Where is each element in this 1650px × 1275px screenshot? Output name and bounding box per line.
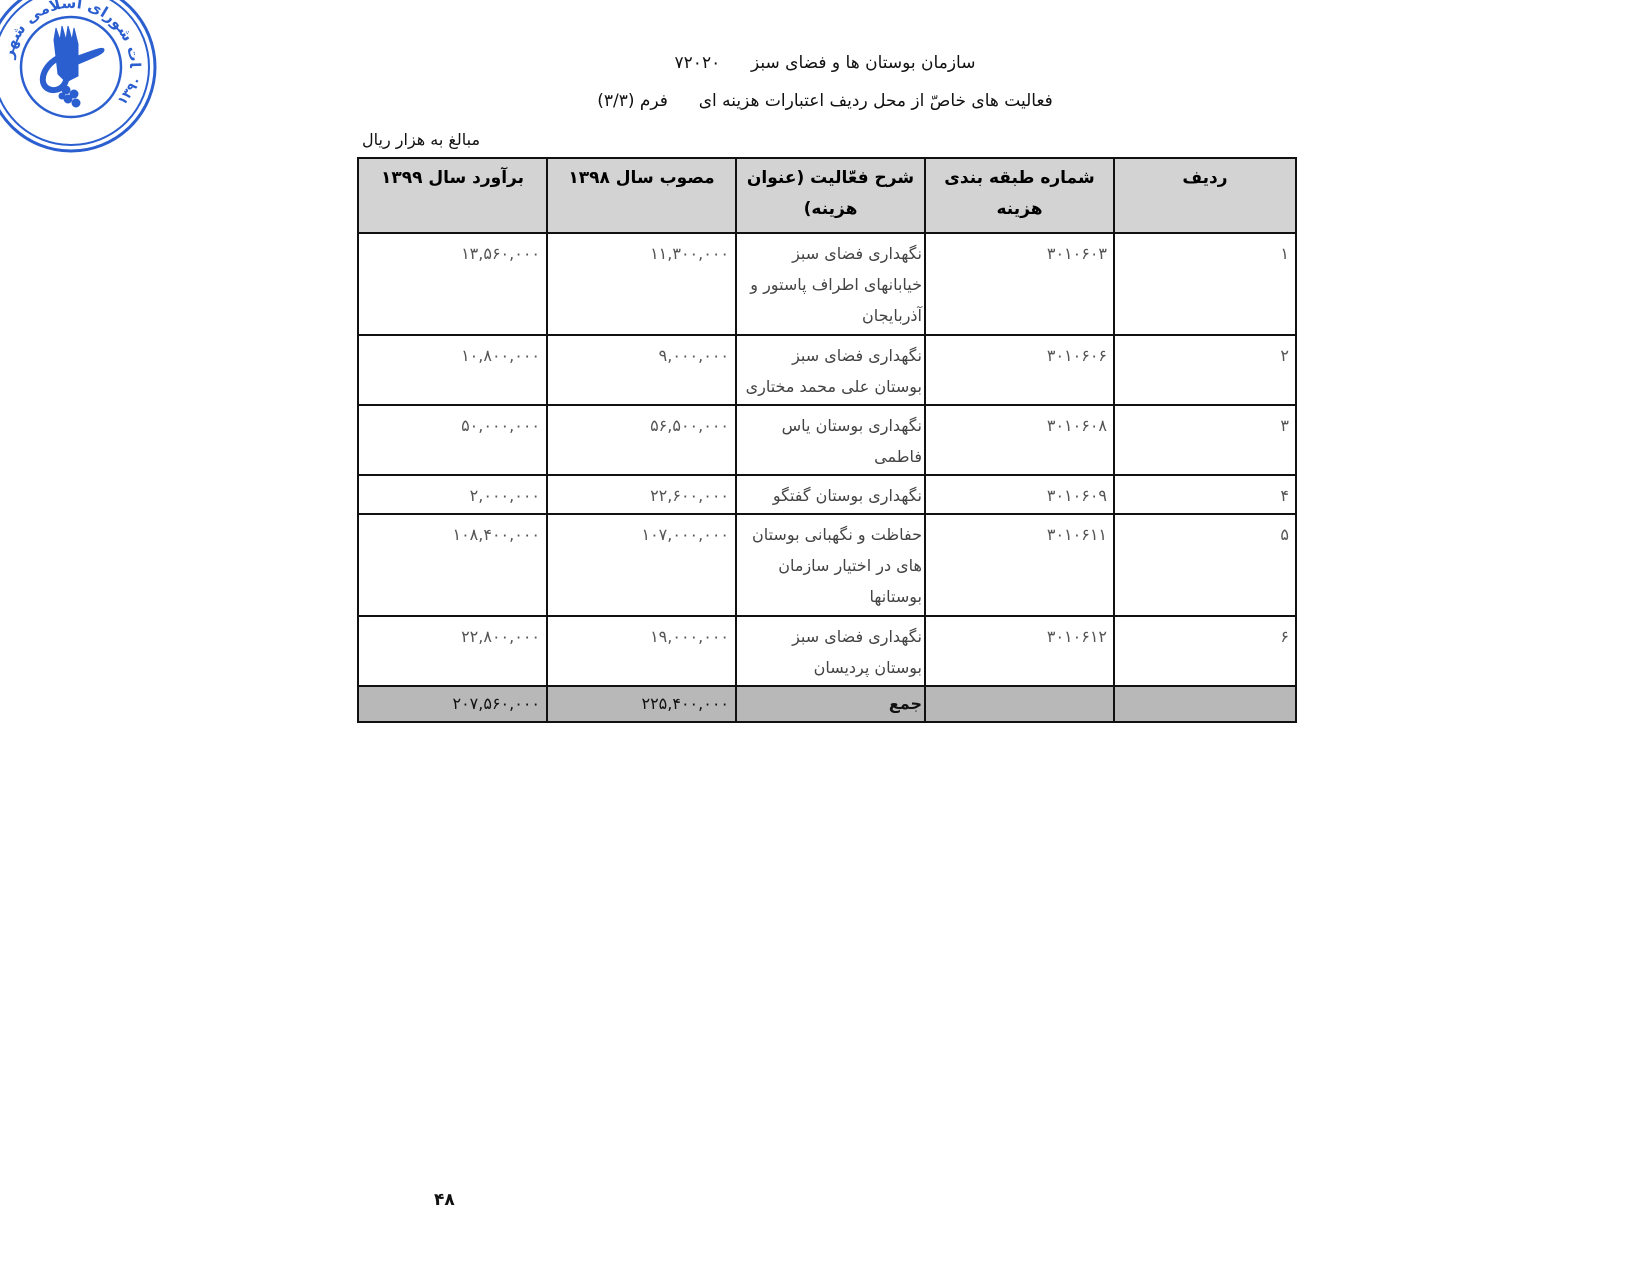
seal-emblem-icon: مصوبات شورای اسلامی شهر تهران ۱۳۹۰ — [0, 0, 160, 156]
col-header-estimate-1399: برآورد سال ۱۳۹۹ — [358, 158, 547, 233]
cell-estimate-1399: ۱۳,۵۶۰,۰۰۰ — [358, 233, 547, 335]
cell-approved-1398: ۱۱,۳۰۰,۰۰۰ — [547, 233, 736, 335]
col-header-row-no: ردیف — [1114, 158, 1296, 233]
cell-row-no: ۶ — [1114, 616, 1296, 686]
table-row: ۴ ۳۰۱۰۶۰۹ نگهداری بوستان گفتگو ۲۲,۶۰۰,۰۰… — [358, 475, 1296, 514]
table-row: ۳ ۳۰۱۰۶۰۸ نگهداری بوستان یاس فاطمی ۵۶,۵۰… — [358, 405, 1296, 475]
cell-description: نگهداری بوستان گفتگو — [736, 475, 925, 514]
document-subtitle: فعالیت های خاصّ از محل ردیف اعتبارات هزی… — [0, 91, 1650, 111]
cell-code: ۳۰۱۰۶۰۸ — [925, 405, 1114, 475]
cell-estimate-1399: ۱۰,۸۰۰,۰۰۰ — [358, 335, 547, 405]
total-approved-1398: ۲۲۵,۴۰۰,۰۰۰ — [547, 686, 736, 722]
cell-approved-1398: ۱۰۷,۰۰۰,۰۰۰ — [547, 514, 736, 616]
cell-estimate-1399: ۱۰۸,۴۰۰,۰۰۰ — [358, 514, 547, 616]
total-label: جمع — [736, 686, 925, 722]
cell-approved-1398: ۵۶,۵۰۰,۰۰۰ — [547, 405, 736, 475]
cell-estimate-1399: ۵۰,۰۰۰,۰۰۰ — [358, 405, 547, 475]
subtitle-text: فعالیت های خاصّ از محل ردیف اعتبارات هزی… — [699, 91, 1053, 111]
cell-row-no: ۳ — [1114, 405, 1296, 475]
cell-code: ۳۰۱۰۶۱۱ — [925, 514, 1114, 616]
units-note: مبالغ به هزار ریال — [362, 130, 480, 149]
col-header-approved-1398: مصوب سال ۱۳۹۸ — [547, 158, 736, 233]
org-code: ۷۲۰۲۰ — [675, 53, 721, 73]
col-header-code: شماره طبقه بندی هزینه — [925, 158, 1114, 233]
table-header-row: ردیف شماره طبقه بندی هزینه شرح فعّالیت (… — [358, 158, 1296, 233]
cell-approved-1398: ۲۲,۶۰۰,۰۰۰ — [547, 475, 736, 514]
col-header-description: شرح فعّالیت (عنوان هزینه) — [736, 158, 925, 233]
table-row: ۵ ۳۰۱۰۶۱۱ حفاظت و نگهبانی بوستان های در … — [358, 514, 1296, 616]
table-total-row: جمع ۲۲۵,۴۰۰,۰۰۰ ۲۰۷,۵۶۰,۰۰۰ — [358, 686, 1296, 722]
page-number: ۴۸ — [434, 1190, 455, 1210]
council-seal-stamp: مصوبات شورای اسلامی شهر تهران ۱۳۹۰ — [0, 0, 160, 156]
cell-description: نگهداری فضای سبز خیابانهای اطراف پاستور … — [736, 233, 925, 335]
cell-code: ۳۰۱۰۶۱۲ — [925, 616, 1114, 686]
cell-approved-1398: ۱۹,۰۰۰,۰۰۰ — [547, 616, 736, 686]
table-row: ۶ ۳۰۱۰۶۱۲ نگهداری فضای سبز بوستان پردیسا… — [358, 616, 1296, 686]
cell-estimate-1399: ۲,۰۰۰,۰۰۰ — [358, 475, 547, 514]
total-cell-empty — [925, 686, 1114, 722]
total-cell-empty — [1114, 686, 1296, 722]
budget-table: ردیف شماره طبقه بندی هزینه شرح فعّالیت (… — [357, 157, 1297, 723]
cell-estimate-1399: ۲۲,۸۰۰,۰۰۰ — [358, 616, 547, 686]
cell-approved-1398: ۹,۰۰۰,۰۰۰ — [547, 335, 736, 405]
cell-code: ۳۰۱۰۶۰۳ — [925, 233, 1114, 335]
cell-code: ۳۰۱۰۶۰۶ — [925, 335, 1114, 405]
cell-description: نگهداری فضای سبز بوستان علی محمد مختاری — [736, 335, 925, 405]
cell-code: ۳۰۱۰۶۰۹ — [925, 475, 1114, 514]
cell-row-no: ۴ — [1114, 475, 1296, 514]
table-row: ۲ ۳۰۱۰۶۰۶ نگهداری فضای سبز بوستان علی مح… — [358, 335, 1296, 405]
table-row: ۱ ۳۰۱۰۶۰۳ نگهداری فضای سبز خیابانهای اطر… — [358, 233, 1296, 335]
cell-row-no: ۲ — [1114, 335, 1296, 405]
cell-row-no: ۱ — [1114, 233, 1296, 335]
cell-row-no: ۵ — [1114, 514, 1296, 616]
org-name: سازمان بوستان ها و فضای سبز — [751, 53, 975, 73]
cell-description: نگهداری بوستان یاس فاطمی — [736, 405, 925, 475]
total-estimate-1399: ۲۰۷,۵۶۰,۰۰۰ — [358, 686, 547, 722]
cell-description: نگهداری فضای سبز بوستان پردیسان — [736, 616, 925, 686]
cell-description: حفاظت و نگهبانی بوستان های در اختیار ساز… — [736, 514, 925, 616]
form-number: فرم (۳/۳) — [597, 91, 668, 111]
document-title: سازمان بوستان ها و فضای سبز ۷۲۰۲۰ — [0, 53, 1650, 73]
